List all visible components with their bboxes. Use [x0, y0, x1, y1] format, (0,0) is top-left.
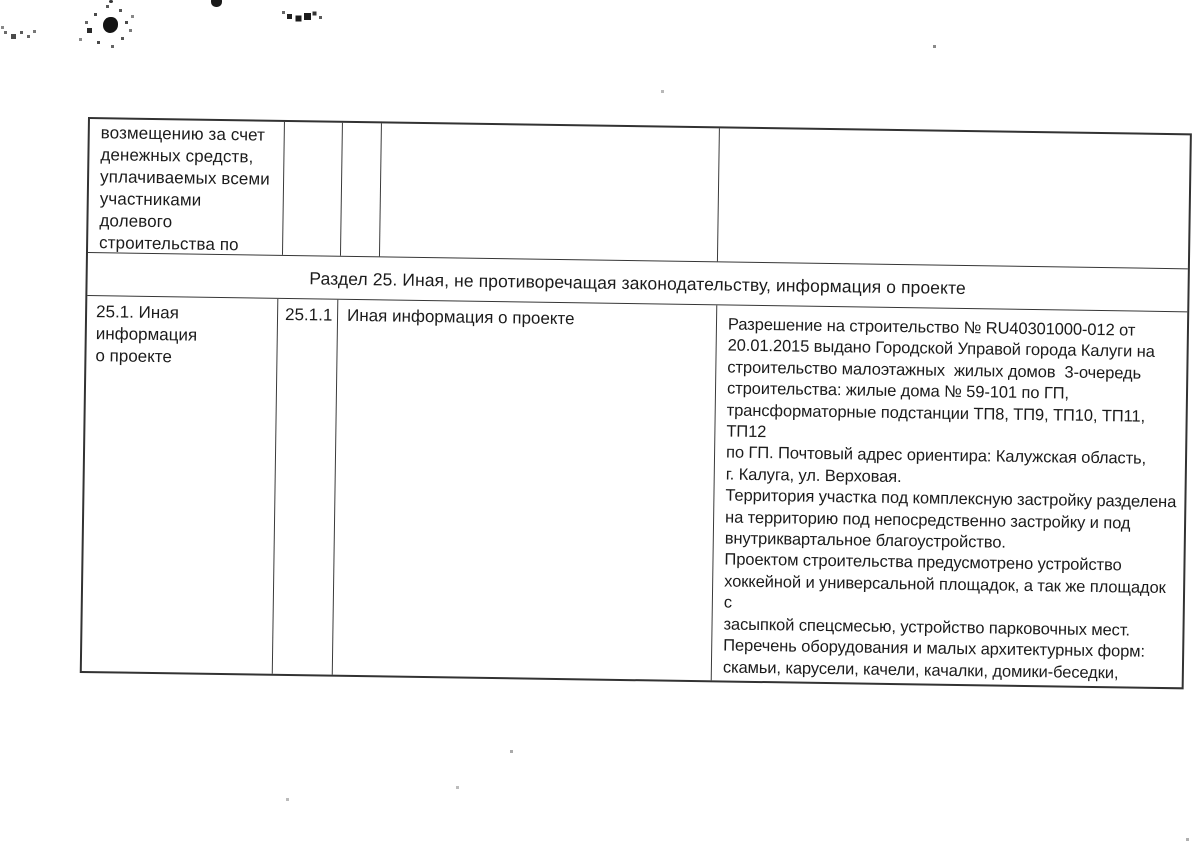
sub-number-cell: 25.1.1 [273, 299, 339, 675]
ink-mark [109, 0, 113, 3]
continuation-parameter-text: возмещению за счет денежных средств, упл… [88, 119, 284, 255]
continuation-empty-cell-3 [380, 123, 720, 261]
sub-label-cell: Иная информация о проекте [333, 300, 718, 681]
scanned-document-page: возмещению за счет денежных средств, упл… [0, 0, 1200, 853]
item-number-text: 25.1. Иная информация о проекте [86, 296, 277, 370]
sub-number-text: 25.1.1 [278, 299, 337, 327]
continuation-empty-cell-1 [283, 122, 343, 256]
ink-blot [103, 17, 118, 33]
continuation-parameter-cell: возмещению за счет денежных средств, упл… [88, 119, 285, 255]
details-cell: Разрешение на строительство № RU40301000… [712, 305, 1188, 687]
sub-label-text: Иная информация о проекте [338, 300, 716, 333]
continuation-empty-cell-4 [718, 128, 1190, 268]
ink-speckles [0, 0, 3, 3]
ink-blot-top-edge [211, 0, 222, 7]
table-row-25-1: 25.1. Иная информация о проекте 25.1.1 И… [82, 296, 1187, 687]
section-header-cell: Раздел 25. Иная, не противоречащая закон… [88, 263, 1188, 301]
details-paragraph: Разрешение на строительство № RU40301000… [712, 305, 1188, 687]
table-row-continuation: возмещению за счет денежных средств, упл… [88, 119, 1190, 269]
item-number-cell: 25.1. Иная информация о проекте [82, 296, 279, 674]
section-25-title: Раздел 25. Иная, не противоречащая закон… [88, 263, 1188, 301]
continuation-empty-cell-2 [341, 123, 382, 257]
project-declaration-table: возмещению за счет денежных средств, упл… [80, 117, 1192, 689]
